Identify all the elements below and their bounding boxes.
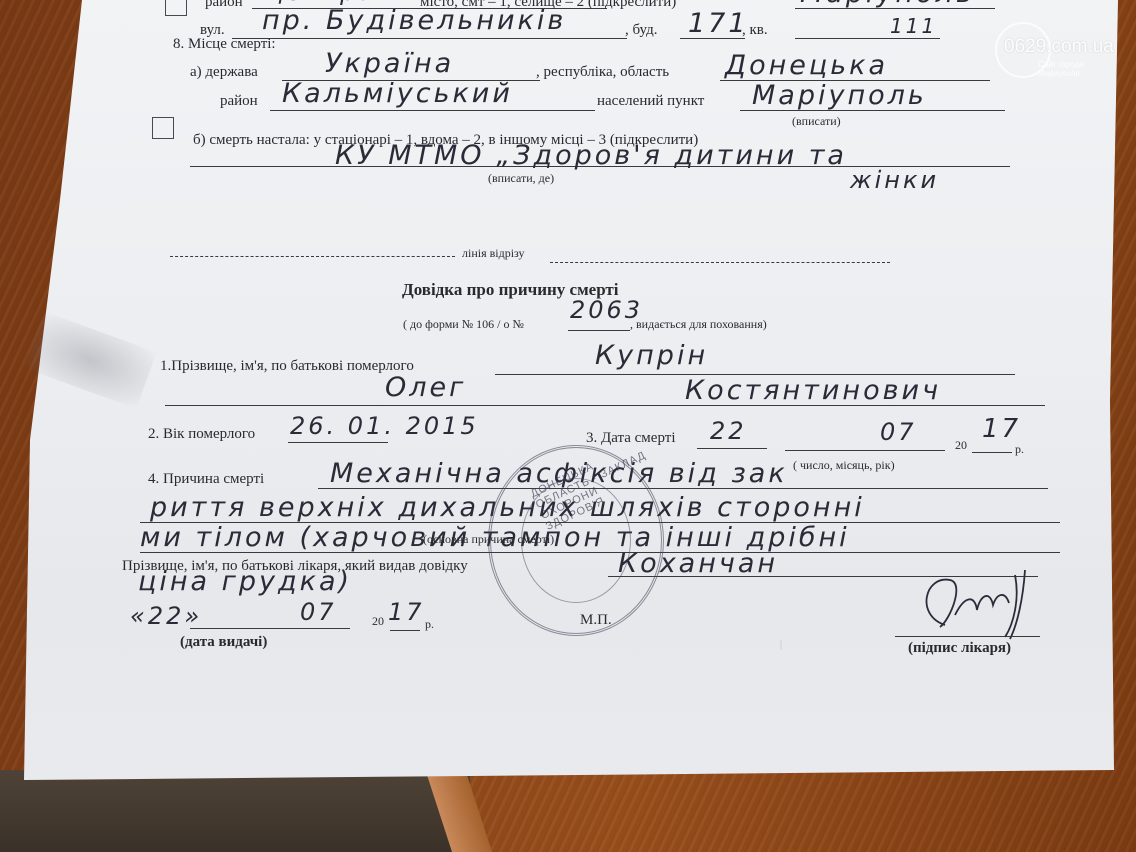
state-value: Україна <box>325 48 454 79</box>
raion-label: район <box>220 93 258 110</box>
building-label: , буд. <box>625 22 658 39</box>
age-value: 26. 01. 2015 <box>290 412 479 440</box>
issue-month-underline <box>190 628 350 629</box>
doctor-signature <box>905 555 1050 640</box>
death-day: 22 <box>710 417 747 445</box>
district-label: район <box>205 0 243 11</box>
street-underline <box>232 38 627 39</box>
form-number-underline <box>568 330 630 331</box>
region-label: , республіка, область <box>536 64 669 81</box>
apartment-value: 111 <box>890 14 937 38</box>
issue-year-prefix: 20 <box>372 614 384 629</box>
death-year-prefix: 20 <box>955 438 967 453</box>
street-value: пр. Будівельників <box>262 5 566 36</box>
apartment-label: , кв. <box>742 22 768 39</box>
place-of-death-heading: 8. Місце смерті: <box>173 36 276 53</box>
raion-value: Кальміуський <box>282 78 513 109</box>
watermark-subtitle-line1: Сайт города <box>1038 60 1084 69</box>
death-year-suffix: р. <box>1015 442 1024 457</box>
cut-line-label: лінія відрізу <box>462 246 525 261</box>
paper-mark <box>780 640 782 650</box>
cut-line-right <box>550 262 890 263</box>
facility-value-line1: КУ МТМО „Здоров'я дитини та <box>335 140 847 171</box>
form-ref-suffix: , видається для поховання) <box>630 317 767 332</box>
where-hint: (вписати, де) <box>488 171 554 186</box>
checkbox-death-place[interactable] <box>152 117 174 139</box>
region-value: Донецька <box>725 50 888 81</box>
site-watermark: 0629.com.ua Сайт города Мариуполя <box>990 20 1130 80</box>
issue-year-suffix: р. <box>425 617 434 632</box>
watermark-subtitle-line2: Мариуполя <box>1038 69 1084 78</box>
age-label: 2. Вік померлого <box>148 426 255 443</box>
issue-year: 17 <box>388 598 425 626</box>
death-month: 07 <box>880 418 917 446</box>
seal-label: М.П. <box>580 612 612 629</box>
cause-label: 4. Причина смерті <box>148 471 264 488</box>
checkbox-settlement[interactable] <box>165 0 187 16</box>
issue-month: 07 <box>300 598 337 626</box>
desk-shadow-area <box>0 770 470 852</box>
death-month-underline <box>785 450 945 451</box>
death-date-hint: ( число, місяць, рік) <box>793 458 895 473</box>
death-day-underline <box>697 448 767 449</box>
deceased-first-name: Олег <box>385 372 466 403</box>
issue-year-underline <box>390 630 420 631</box>
deceased-name-label: 1.Прізвище, ім'я, по батькові померлого <box>160 358 414 375</box>
state-label: а) держава <box>190 64 258 81</box>
issue-date-hint: (дата видачі) <box>180 634 267 651</box>
cut-line-left <box>170 256 455 257</box>
age-underline <box>288 442 388 443</box>
form-ref-prefix: ( до форми № 106 / о № <box>403 317 524 332</box>
issue-day: «22» <box>130 602 202 630</box>
building-value: 171 <box>688 8 749 39</box>
death-year-underline <box>972 452 1012 453</box>
deceased-patronymic: Костянтинович <box>685 375 941 406</box>
facility-value-line2: жінки <box>850 166 939 194</box>
watermark-brand: 0629.com.ua <box>1004 36 1114 58</box>
death-year: 17 <box>982 414 1021 444</box>
locality-label: населений пункт <box>597 93 704 110</box>
raion-underline <box>270 110 595 111</box>
deceased-surname: Купрін <box>595 340 708 371</box>
signature-underline <box>895 636 1040 637</box>
apartment-underline <box>795 38 940 39</box>
official-stamp: ДОНЕЦЬКА ОБЛАСТЬ · ЗАКЛАД ОХОРОНИ ЗДОРОВ… <box>488 445 664 636</box>
locality-hint: (вписати) <box>792 114 841 129</box>
settlement-value: Маріуполь <box>800 0 975 9</box>
cause-line-4: ціна грудка) <box>138 566 352 597</box>
watermark-subtitle: Сайт города Мариуполя <box>1038 60 1084 78</box>
signature-hint: (підпис лікаря) <box>908 640 1011 657</box>
locality-value: Маріуполь <box>752 80 927 111</box>
